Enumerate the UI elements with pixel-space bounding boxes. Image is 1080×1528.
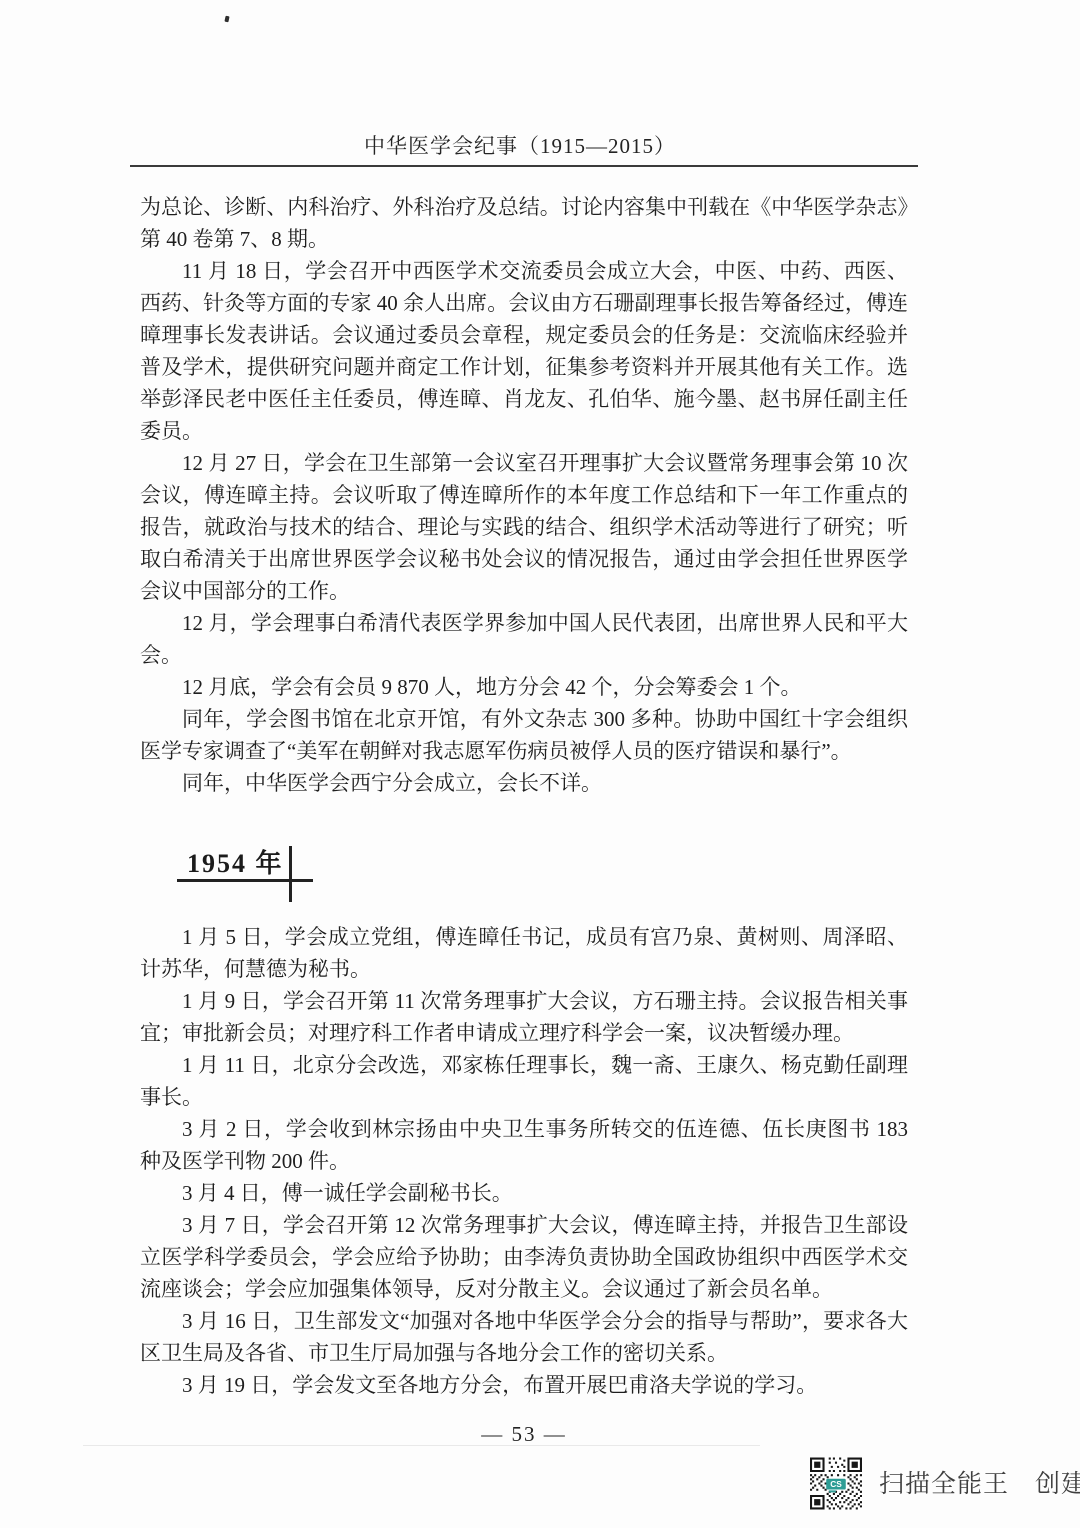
page-body: 为总论、诊断、内科治疗、外科治疗及总结。讨论内容集中刊载在《中华医学杂志》第 4… [140,191,908,1450]
paragraph: 11 月 18 日，学会召开中西医学术交流委员会成立大会，中医、中药、西医、西药… [140,255,908,447]
paragraph: 3 月 7 日，学会召开第 12 次常务理事扩大会议，傅连暲主持，并报告卫生部设… [140,1209,908,1305]
paragraph: 3 月 16 日，卫生部发文“加强对各地中华医学会分会的指导与帮助”，要求各大区… [140,1305,908,1369]
paragraph: 12 月，学会理事白希清代表医学界参加中国人民代表团，出席世界人民和平大会。 [140,607,908,671]
scan-edge-line [83,1445,760,1446]
paragraph: 12 月 27 日，学会在卫生部第一会议室召开理事扩大会议暨常务理事会第 10 … [140,447,908,607]
year-heading-vertical-line [289,846,292,902]
paragraph: 同年，学会图书馆在北京开馆，有外文杂志 300 多种。协助中国红十字会组织医学专… [140,703,908,767]
paragraph: 12 月底，学会有会员 9 870 人，地方分会 42 个，分会筹委会 1 个。 [140,671,908,703]
paragraph: 3 月 19 日，学会发文至各地方分会，布置开展巴甫洛夫学说的学习。 [140,1369,908,1401]
paragraph: 3 月 4 日，傅一诚任学会副秘书长。 [140,1177,908,1209]
year-heading-underline [177,879,313,882]
paragraph: 1 月 5 日，学会成立党组，傅连暲任书记，成员有宫乃泉、黄树则、周泽昭、计苏华… [140,921,908,985]
camscanner-watermark-label: 扫描全能王 创建 [879,1469,1080,1499]
camscanner-qr-icon: CS [810,1457,862,1510]
page-header-title: 中华医学会纪事（1915—2015） [120,133,920,160]
scan-artifact-dot [224,16,229,23]
year-heading-label: 1954 年 [187,850,284,878]
paragraph: 3 月 2 日，学会收到林宗扬由中央卫生事务所转交的伍连德、伍长庚图书 183 … [140,1113,908,1177]
cs-badge-text: CS [830,1479,842,1489]
scanned-page: 中华医学会纪事（1915—2015） 为总论、诊断、内科治疗、外科治疗及总结。讨… [0,0,1080,1528]
camscanner-watermark: CS 扫描全能王 创建 [810,1457,1080,1510]
paragraph: 同年，中华医学会西宁分会成立，会长不详。 [140,767,908,799]
paragraph: 1 月 9 日，学会召开第 11 次常务理事扩大会议，方石珊主持。会议报告相关事… [140,985,908,1049]
paragraph: 1 月 11 日，北京分会改选，邓家栋任理事长，魏一斋、王康久、杨克勤任副理事长… [140,1049,908,1113]
year-1954-heading: 1954 年 [140,846,908,902]
paragraph-continuation: 为总论、诊断、内科治疗、外科治疗及总结。讨论内容集中刊载在《中华医学杂志》第 4… [140,191,908,255]
header-rule [130,165,918,167]
